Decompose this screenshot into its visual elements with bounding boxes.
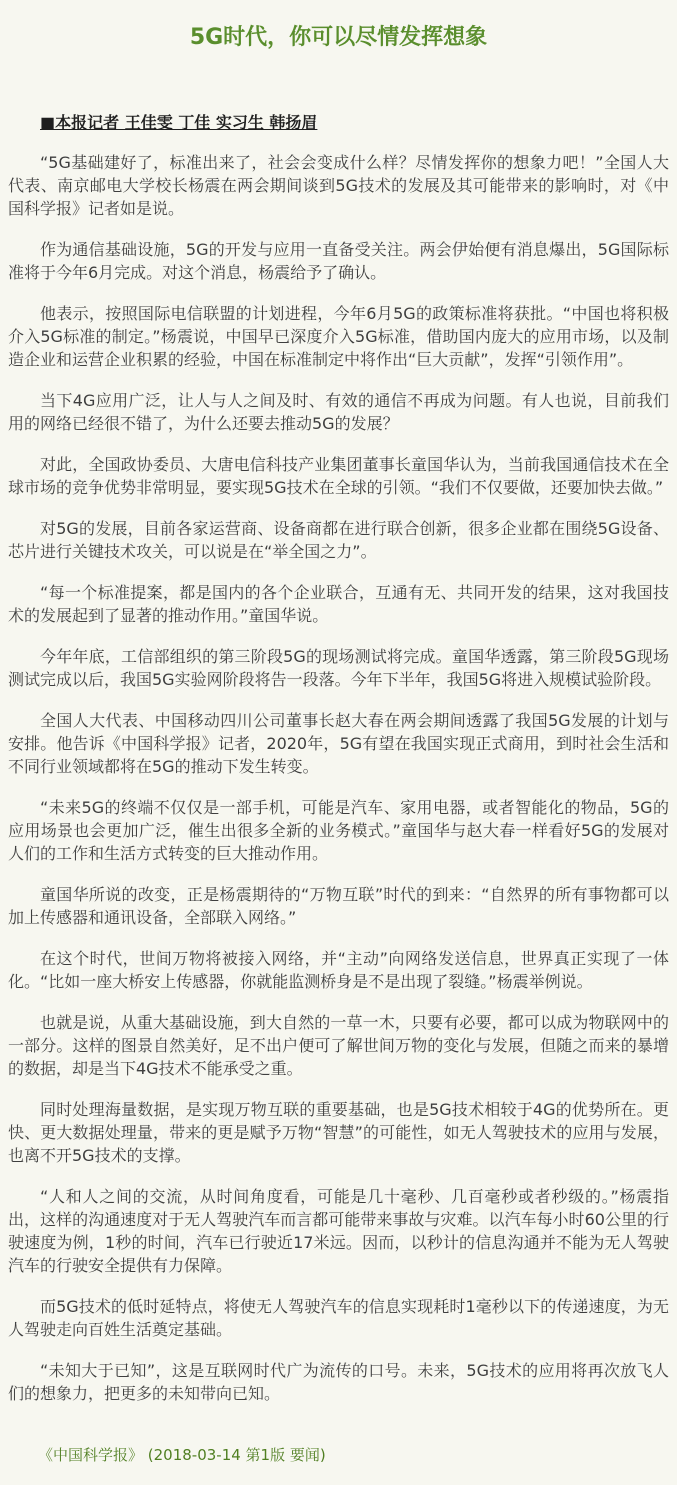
article-paragraph: 他表示，按照国际电信联盟的计划进程，今年6月5G的政策标准将获批。“中国也将积极…	[8, 302, 669, 371]
article-paragraph: 作为通信基础设施，5G的开发与应用一直备受关注。两会伊始便有消息爆出，5G国际标…	[8, 238, 669, 284]
article-paragraph: “未知大于已知”，这是互联网时代广为流传的口号。未来，5G技术的应用将再次放飞人…	[8, 1359, 669, 1405]
article-paragraph: 对5G的发展，目前各家运营商、设备商都在进行联合创新，很多企业都在围绕5G设备、…	[8, 517, 669, 563]
article-paragraph: “人和人之间的交流，从时间角度看，可能是几十毫秒、几百毫秒或者秒级的。”杨震指出…	[8, 1185, 669, 1277]
article-paragraph: 同时处理海量数据，是实现万物互联的重要基础，也是5G技术相较于4G的优势所在。更…	[8, 1098, 669, 1167]
article-paragraph: 今年年底，工信部组织的第三阶段5G的现场测试将完成。童国华透露，第三阶段5G现场…	[8, 645, 669, 691]
article-page: 5G时代，你可以尽情发挥想象 ■本报记者 王佳雯 丁佳 实习生 韩扬眉 “5G基…	[0, 0, 677, 1485]
page-title: 5G时代，你可以尽情发挥想象	[8, 25, 669, 51]
article-paragraph: 而5G技术的低时延特点，将使无人驾驶汽车的信息实现耗时1毫秒以下的传递速度，为无…	[8, 1295, 669, 1341]
article-paragraph: 也就是说，从重大基础设施，到大自然的一草一木，只要有必要，都可以成为物联网中的一…	[8, 1011, 669, 1080]
article-paragraph: 童国华所说的改变，正是杨震期待的“万物互联”时代的到来：“自然界的所有事物都可以…	[8, 883, 669, 929]
article-paragraph: 全国人大代表、中国移动四川公司董事长赵大春在两会期间透露了我国5G发展的计划与安…	[8, 709, 669, 778]
article-body: “5G基础建好了，标准出来了，社会会变成什么样？尽情发挥你的想象力吧！”全国人大…	[8, 151, 669, 1405]
article-paragraph: “5G基础建好了，标准出来了，社会会变成什么样？尽情发挥你的想象力吧！”全国人大…	[8, 151, 669, 220]
article-paragraph: 对此，全国政协委员、大唐电信科技产业集团董事长童国华认为，当前我国通信技术在全球…	[8, 453, 669, 499]
article-paragraph: 当下4G应用广泛，让人与人之间及时、有效的通信不再成为问题。有人也说，目前我们用…	[8, 389, 669, 435]
source-citation: 《中国科学报》 (2018-03-14 第1版 要闻)	[8, 1445, 669, 1465]
article-paragraph: 在这个时代，世间万物将被接入网络，并“主动”向网络发送信息，世界真正实现了一体化…	[8, 947, 669, 993]
article-paragraph: “每一个标准提案，都是国内的各个企业联合，互通有无、共同开发的结果，这对我国技术…	[8, 581, 669, 627]
article-paragraph: “未来5G的终端不仅仅是一部手机，可能是汽车、家用电器，或者智能化的物品，5G的…	[8, 796, 669, 865]
byline: ■本报记者 王佳雯 丁佳 实习生 韩扬眉	[40, 113, 669, 133]
